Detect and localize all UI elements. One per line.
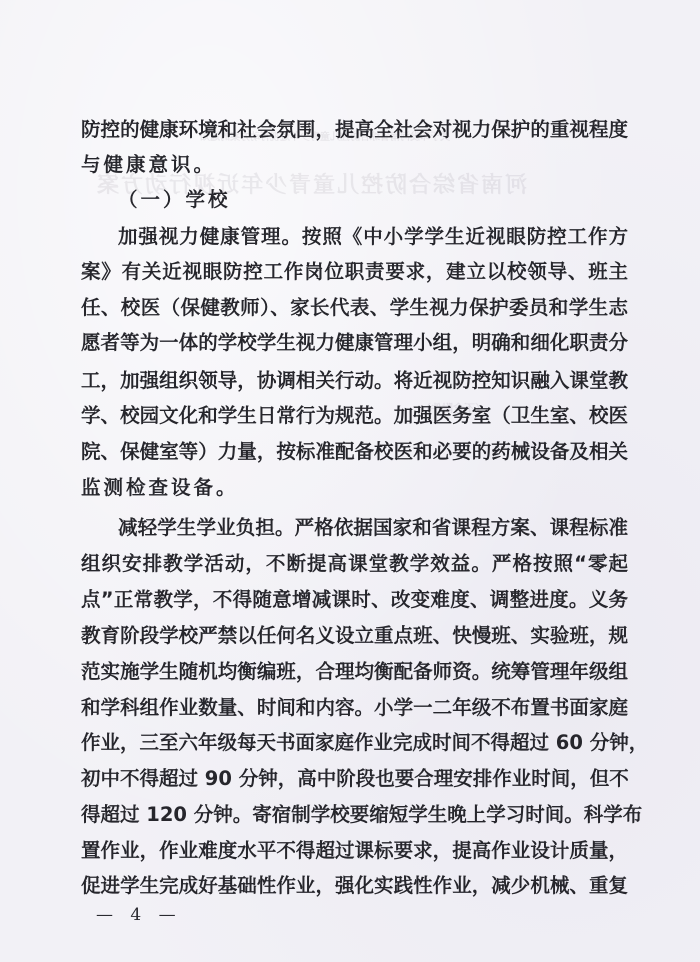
body-text-line: 促进学生完成好基础性作业，强化实践性作业，减少机械、重复 (81, 874, 628, 898)
body-text-line: 点”正常教学，不得随意增减课时、改变难度、调整进度。义务 (81, 588, 628, 612)
body-text-line: 院、保健室等）力量，按标准配备校医和必要的药械设备及相关 (81, 440, 628, 464)
body-text-line: 监测检查设备。 (81, 476, 239, 500)
document-page: 关于印发河南省综合防控儿童青少年近视行动方案的通知 河南省综合防控儿童青少年近视… (0, 0, 700, 962)
body-text-line: 初中不得超过 90 分钟，高中阶段也要合理安排作业时间，但不 (81, 767, 628, 791)
body-text-line: 组织安排教学活动，不断提高课堂教学效益。严格按照“零起 (81, 552, 628, 576)
paragraph-first-line: 加强视力健康管理。按照《中小学学生近视眼防控工作方 (118, 225, 628, 249)
page-number: — 4 — (96, 905, 182, 925)
body-text-line: 愿者等为一体的学校学生视力健康管理小组，明确和细化职责分 (81, 331, 628, 355)
body-text-line: 作业，三至六年级每天书面家庭作业完成时间不得超过 60 分钟， (81, 731, 628, 755)
body-text-line: 学、校园文化和学生日常行为规范。加强医务室（卫生室、校医 (81, 404, 628, 428)
body-text-line: 范实施学生随机均衡编班，合理均衡配备师资。统筹管理年级组 (81, 660, 628, 684)
body-text-line: 与健康意识。 (81, 153, 216, 177)
body-text-line: 案》有关近视眼防控工作岗位职责要求，建立以校领导、班主 (81, 260, 628, 284)
body-text-line: 置作业，作业难度水平不得超过课标要求，提高作业设计质量， (81, 839, 628, 863)
paragraph-first-line: 减轻学生学业负担。严格依据国家和省课程方案、课程标准 (118, 516, 628, 540)
body-text-line: 任、校医（保健教师）、家长代表、学生视力保护委员和学生志 (81, 296, 628, 320)
body-text-line: 和学科组作业数量、时间和内容。小学一二年级不布置书面家庭 (81, 696, 628, 720)
body-text-line: 工，加强组织领导，协调相关行动。将近视防控知识融入课堂教 (81, 369, 628, 393)
body-text-line: 防控的健康环境和社会氛围，提高全社会对视力保护的重视程度 (81, 118, 628, 142)
section-heading: （一）学校 (118, 188, 231, 212)
body-text-line: 得超过 120 分钟。寄宿制学校要缩短学生晚上学习时间。科学布 (81, 803, 628, 827)
body-text-line: 教育阶段学校严禁以任何名义设立重点班、快慢班、实验班，规 (81, 624, 628, 648)
